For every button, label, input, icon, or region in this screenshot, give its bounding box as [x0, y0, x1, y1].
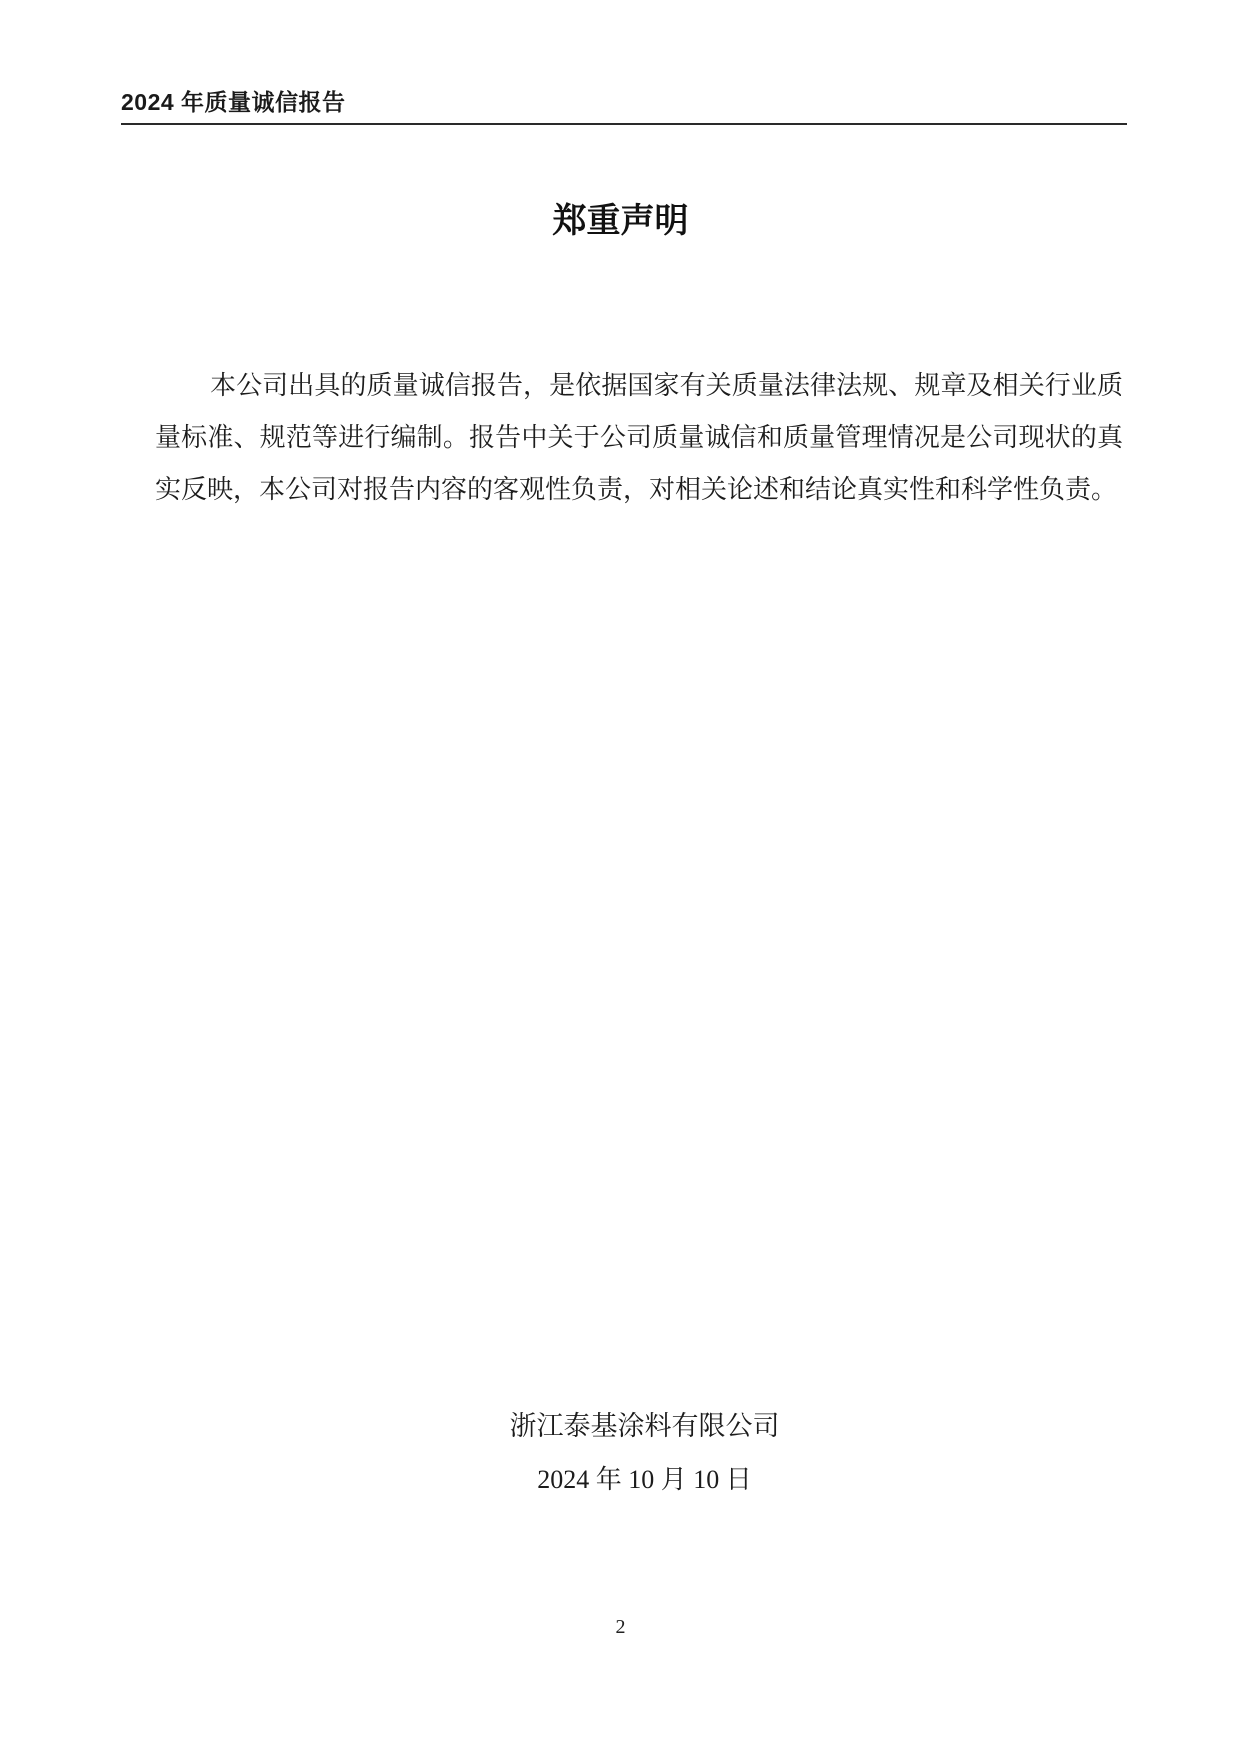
signature-date: 2024 年 10 月 10 日 [24, 1460, 1241, 1500]
signature-block: 浙江泰基涂料有限公司 2024 年 10 月 10 日 [24, 1405, 1241, 1500]
declaration-paragraph: 本公司出具的质量诚信报告，是依据国家有关质量法律法规、规章及相关行业质量标准、规… [155, 360, 1123, 516]
signature-company-name: 浙江泰基涂料有限公司 [24, 1405, 1241, 1447]
page-title: 郑重声明 [0, 198, 1241, 244]
page-number: 2 [0, 1616, 1241, 1639]
page-header: 2024 年质量诚信报告 [121, 88, 1127, 125]
document-page: 2024 年质量诚信报告 郑重声明 本公司出具的质量诚信报告，是依据国家有关质量… [0, 0, 1241, 1755]
page-header-title: 2024 年质量诚信报告 [121, 89, 346, 115]
